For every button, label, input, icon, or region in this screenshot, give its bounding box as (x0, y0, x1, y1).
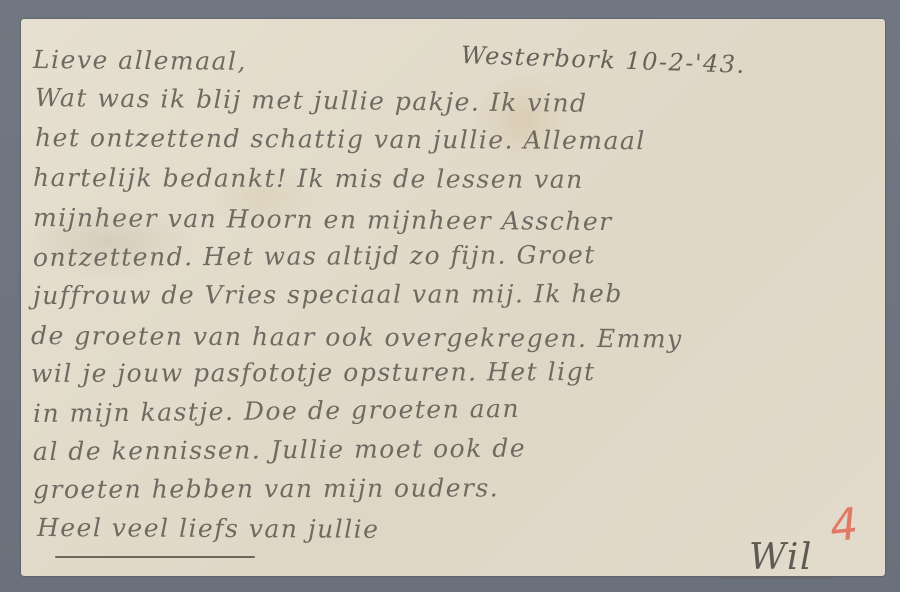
place-date-header: Westerbork 10-2-'43. (461, 41, 747, 79)
letter-line-7: de groeten van haar ook overgekregen. Em… (31, 321, 683, 353)
letter-line-6: juffrouw de Vries speciaal van mij. Ik h… (33, 279, 623, 310)
closing-underline (55, 556, 255, 558)
letter-line-3: hartelijk bedankt! Ik mis de lessen van (33, 163, 584, 194)
letter-line-10: al de kennissen. Jullie moet ook de (33, 434, 526, 466)
signature-underline (721, 577, 831, 579)
closing-line: Heel veel liefs van jullie (37, 513, 380, 544)
letter-line-9: in mijn kastje. Doe de groeten aan (33, 394, 520, 428)
letter-line-2: het ontzettend schattig van jullie. Alle… (35, 123, 646, 155)
letter-line-4: mijnheer van Hoorn en mijnheer Asscher (33, 203, 613, 236)
letter-line-11: groeten hebben van mijn ouders. (33, 473, 499, 504)
letter-line-5: ontzettend. Het was altijd zo fijn. Groe… (33, 240, 596, 272)
greeting-line: Lieve allemaal, (33, 45, 247, 76)
signature: Wil (749, 537, 813, 578)
letter-line-1: Wat was ik blij met jullie pakje. Ik vin… (35, 83, 588, 118)
postcard: Westerbork 10-2-'43. Lieve allemaal, Wat… (21, 19, 885, 576)
red-pencil-annotation: 4 (827, 499, 860, 553)
letter-line-8: wil je jouw pasfototje opsturen. Het lig… (31, 357, 596, 388)
